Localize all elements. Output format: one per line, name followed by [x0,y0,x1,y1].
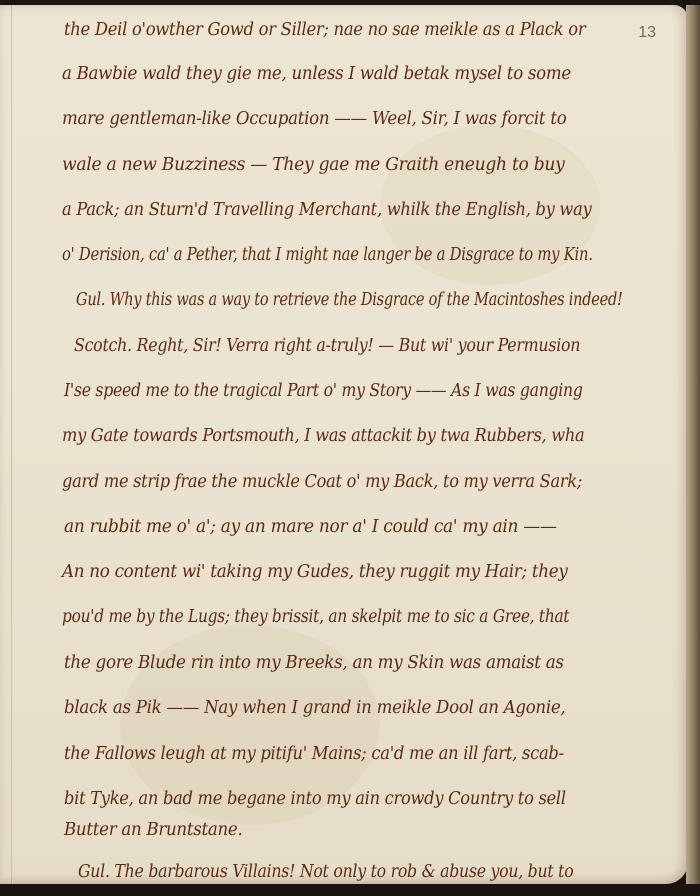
manuscript-line: o' Derision, ca' a Pether, that I might … [62,245,593,265]
manuscript-line: pou'd me by the Lugs; they brissit, an s… [62,607,569,627]
manuscript-line: the gore Blude rin into my Breeks, an my… [64,653,564,673]
manuscript-line: an rubbit me o' a'; ay an mare nor a' I … [64,517,557,537]
manuscript-line: a Pack; an Sturn'd Travelling Merchant, … [62,200,591,220]
manuscript-line: the Fallows leugh at my pitifu' Mains; c… [64,744,564,764]
manuscript-line: my Gate towards Portsmouth, I was attack… [62,426,584,446]
manuscript-line: a Bawbie wald they gie me, unless I wald… [62,64,571,84]
manuscript-line: mare gentleman-like Occupation —— Weel, … [62,109,566,129]
manuscript-line: I'se speed me to the tragical Part o' my… [64,381,583,401]
binding-line [11,5,12,884]
page-number: 13 [638,24,656,42]
manuscript-line: Scotch. Reght, Sir! Verra right a-truly!… [74,336,580,356]
manuscript-line: wale a new Buzziness — They gae me Grait… [62,155,565,175]
manuscript-line: Butter an Bruntstane. [64,820,242,840]
manuscript-line: Gul. The barbarous Villains! Not only to… [78,862,573,882]
manuscript-viewer: 13 the Deil o'owther Gowd or Siller; nae… [0,0,700,896]
manuscript-line: An no content wi' taking my Gudes, they … [62,562,568,582]
manuscript-line: black as Pik —— Nay when I grand in meik… [64,698,565,718]
manuscript-line: the Deil o'owther Gowd or Siller; nae no… [64,20,585,40]
page-edge [686,5,700,884]
manuscript-line: Gul. Why this was a way to retrieve the … [76,290,623,310]
manuscript-line: gard me strip frae the muckle Coat o' my… [62,472,582,492]
manuscript-line: bit Tyke, an bad me begane into my ain c… [64,789,566,809]
